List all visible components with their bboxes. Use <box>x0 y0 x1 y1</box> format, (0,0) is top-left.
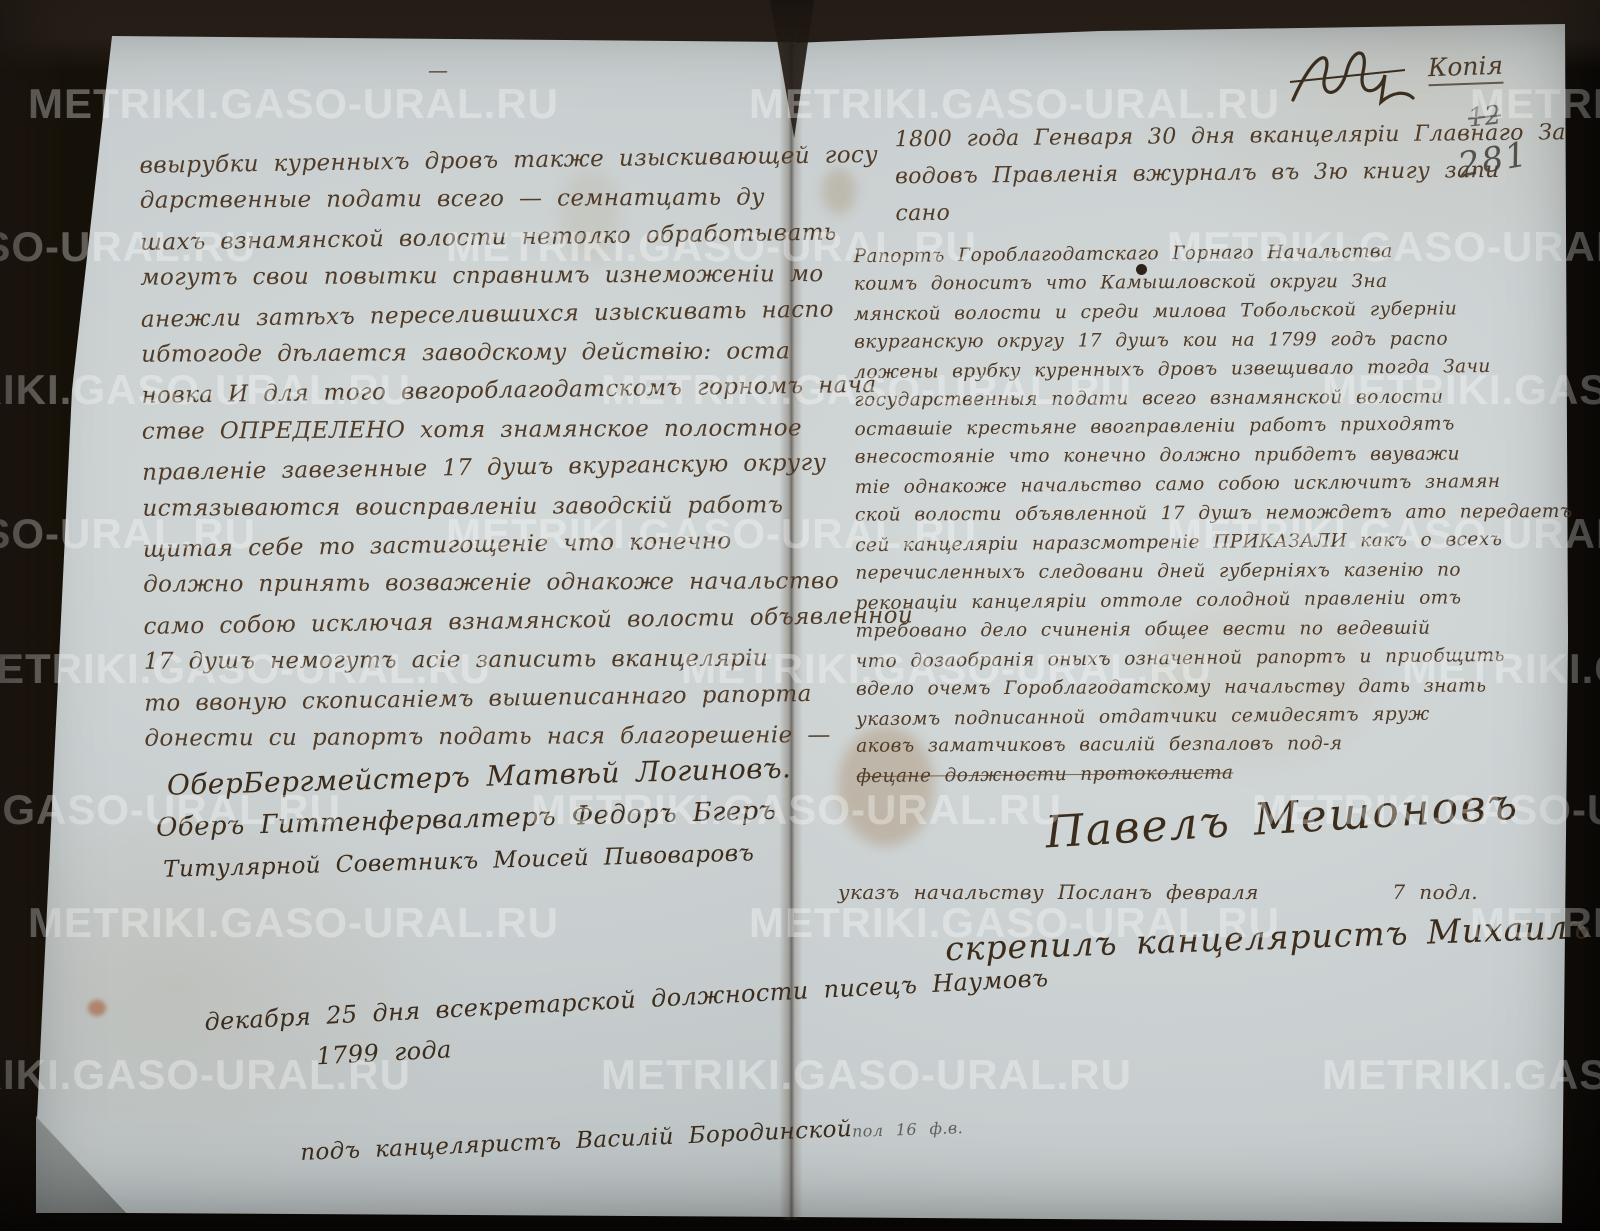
handwritten-line: водовъ Правленія вжурналъ въ 3ю книгу за… <box>895 152 1515 195</box>
right-page-registration-header: 1800 года Генваря 30 дня вканцеляріи Гла… <box>894 115 1515 232</box>
top-margin-dash: — <box>428 58 448 82</box>
handwritten-line: дарственные подати всего — семнатцать ду <box>140 179 790 221</box>
left-page-signatures: ОберБергмейстеръ Матвѣй Логиновъ.Оберъ Г… <box>166 747 794 890</box>
archival-document-scan: Копія 12 281 — ввырубки куренныхъ дровъ … <box>0 0 1600 1231</box>
handwritten-line: вдело очемъ Гороблагодатскому начальству… <box>856 672 1516 704</box>
handwritten-line: коимъ доноситъ что Камышловской округи З… <box>854 267 1514 299</box>
right-page-body-text: Рапортъ Гороблагодатскаго Горнаго Началь… <box>854 238 1517 791</box>
handwritten-line: истязываются воисправленіи заводскій раб… <box>142 486 792 528</box>
handwritten-line: анежли затѣхъ переселившихся изыскивать … <box>141 291 791 339</box>
handwritten-line: то ввоную скописаніемъ вышеписаннаго рап… <box>144 675 794 723</box>
left-page-body-text: ввырубки куренныхъ дровъ также изыскиваю… <box>139 139 794 759</box>
handwritten-line: требовано дело счиненія общее вести по в… <box>856 614 1516 646</box>
handwritten-line: мянской волости и среди милова Тобольско… <box>854 295 1514 330</box>
dispatch-note: указъ начальству Посланъ февраля <box>838 880 1259 904</box>
handwritten-line: новка И для того ввгороблагодатскомъ гор… <box>141 368 791 416</box>
handwritten-line: могутъ свои повытки справнимъ изнеможені… <box>140 256 790 298</box>
handwritten-line: перечисленныхъ следовани дней губерніяхъ… <box>855 556 1515 588</box>
handwritten-line: должно принять возваженіе однакоже начал… <box>143 563 793 605</box>
handwritten-line: правленіе завезенные 17 душъ вкурганскую… <box>142 444 792 492</box>
handwritten-line: что дозаобранія оныхъ означенной рапортъ… <box>856 642 1516 677</box>
handwritten-line: реконаціи канцеляріи оттоле солодной пра… <box>855 584 1515 619</box>
registry-flourish-mark <box>1285 40 1420 124</box>
handwritten-line: 17 душъ немогутъ асіе записить вканцеляр… <box>144 640 794 682</box>
handwritten-line: ложены врубку куренныхъ дровъ извещивало… <box>854 352 1514 387</box>
copy-label: Копія <box>1427 51 1503 87</box>
handwritten-line: сано <box>895 189 1515 232</box>
pencil-note: пол 16 ф.в. <box>852 1118 964 1141</box>
handwritten-line: вкурганскую округу 17 душъ кои на 1799 г… <box>854 325 1514 357</box>
handwritten-line: 1800 года Генваря 30 дня вканцеляріи Гла… <box>894 115 1514 158</box>
handwritten-line: указомъ подписанной отдатчики семидесятъ… <box>856 699 1516 734</box>
dispatch-note-row: указъ начальству Посланъ февраля 7 подл. <box>838 880 1478 904</box>
dispatch-date: 7 подл. <box>1392 880 1478 904</box>
